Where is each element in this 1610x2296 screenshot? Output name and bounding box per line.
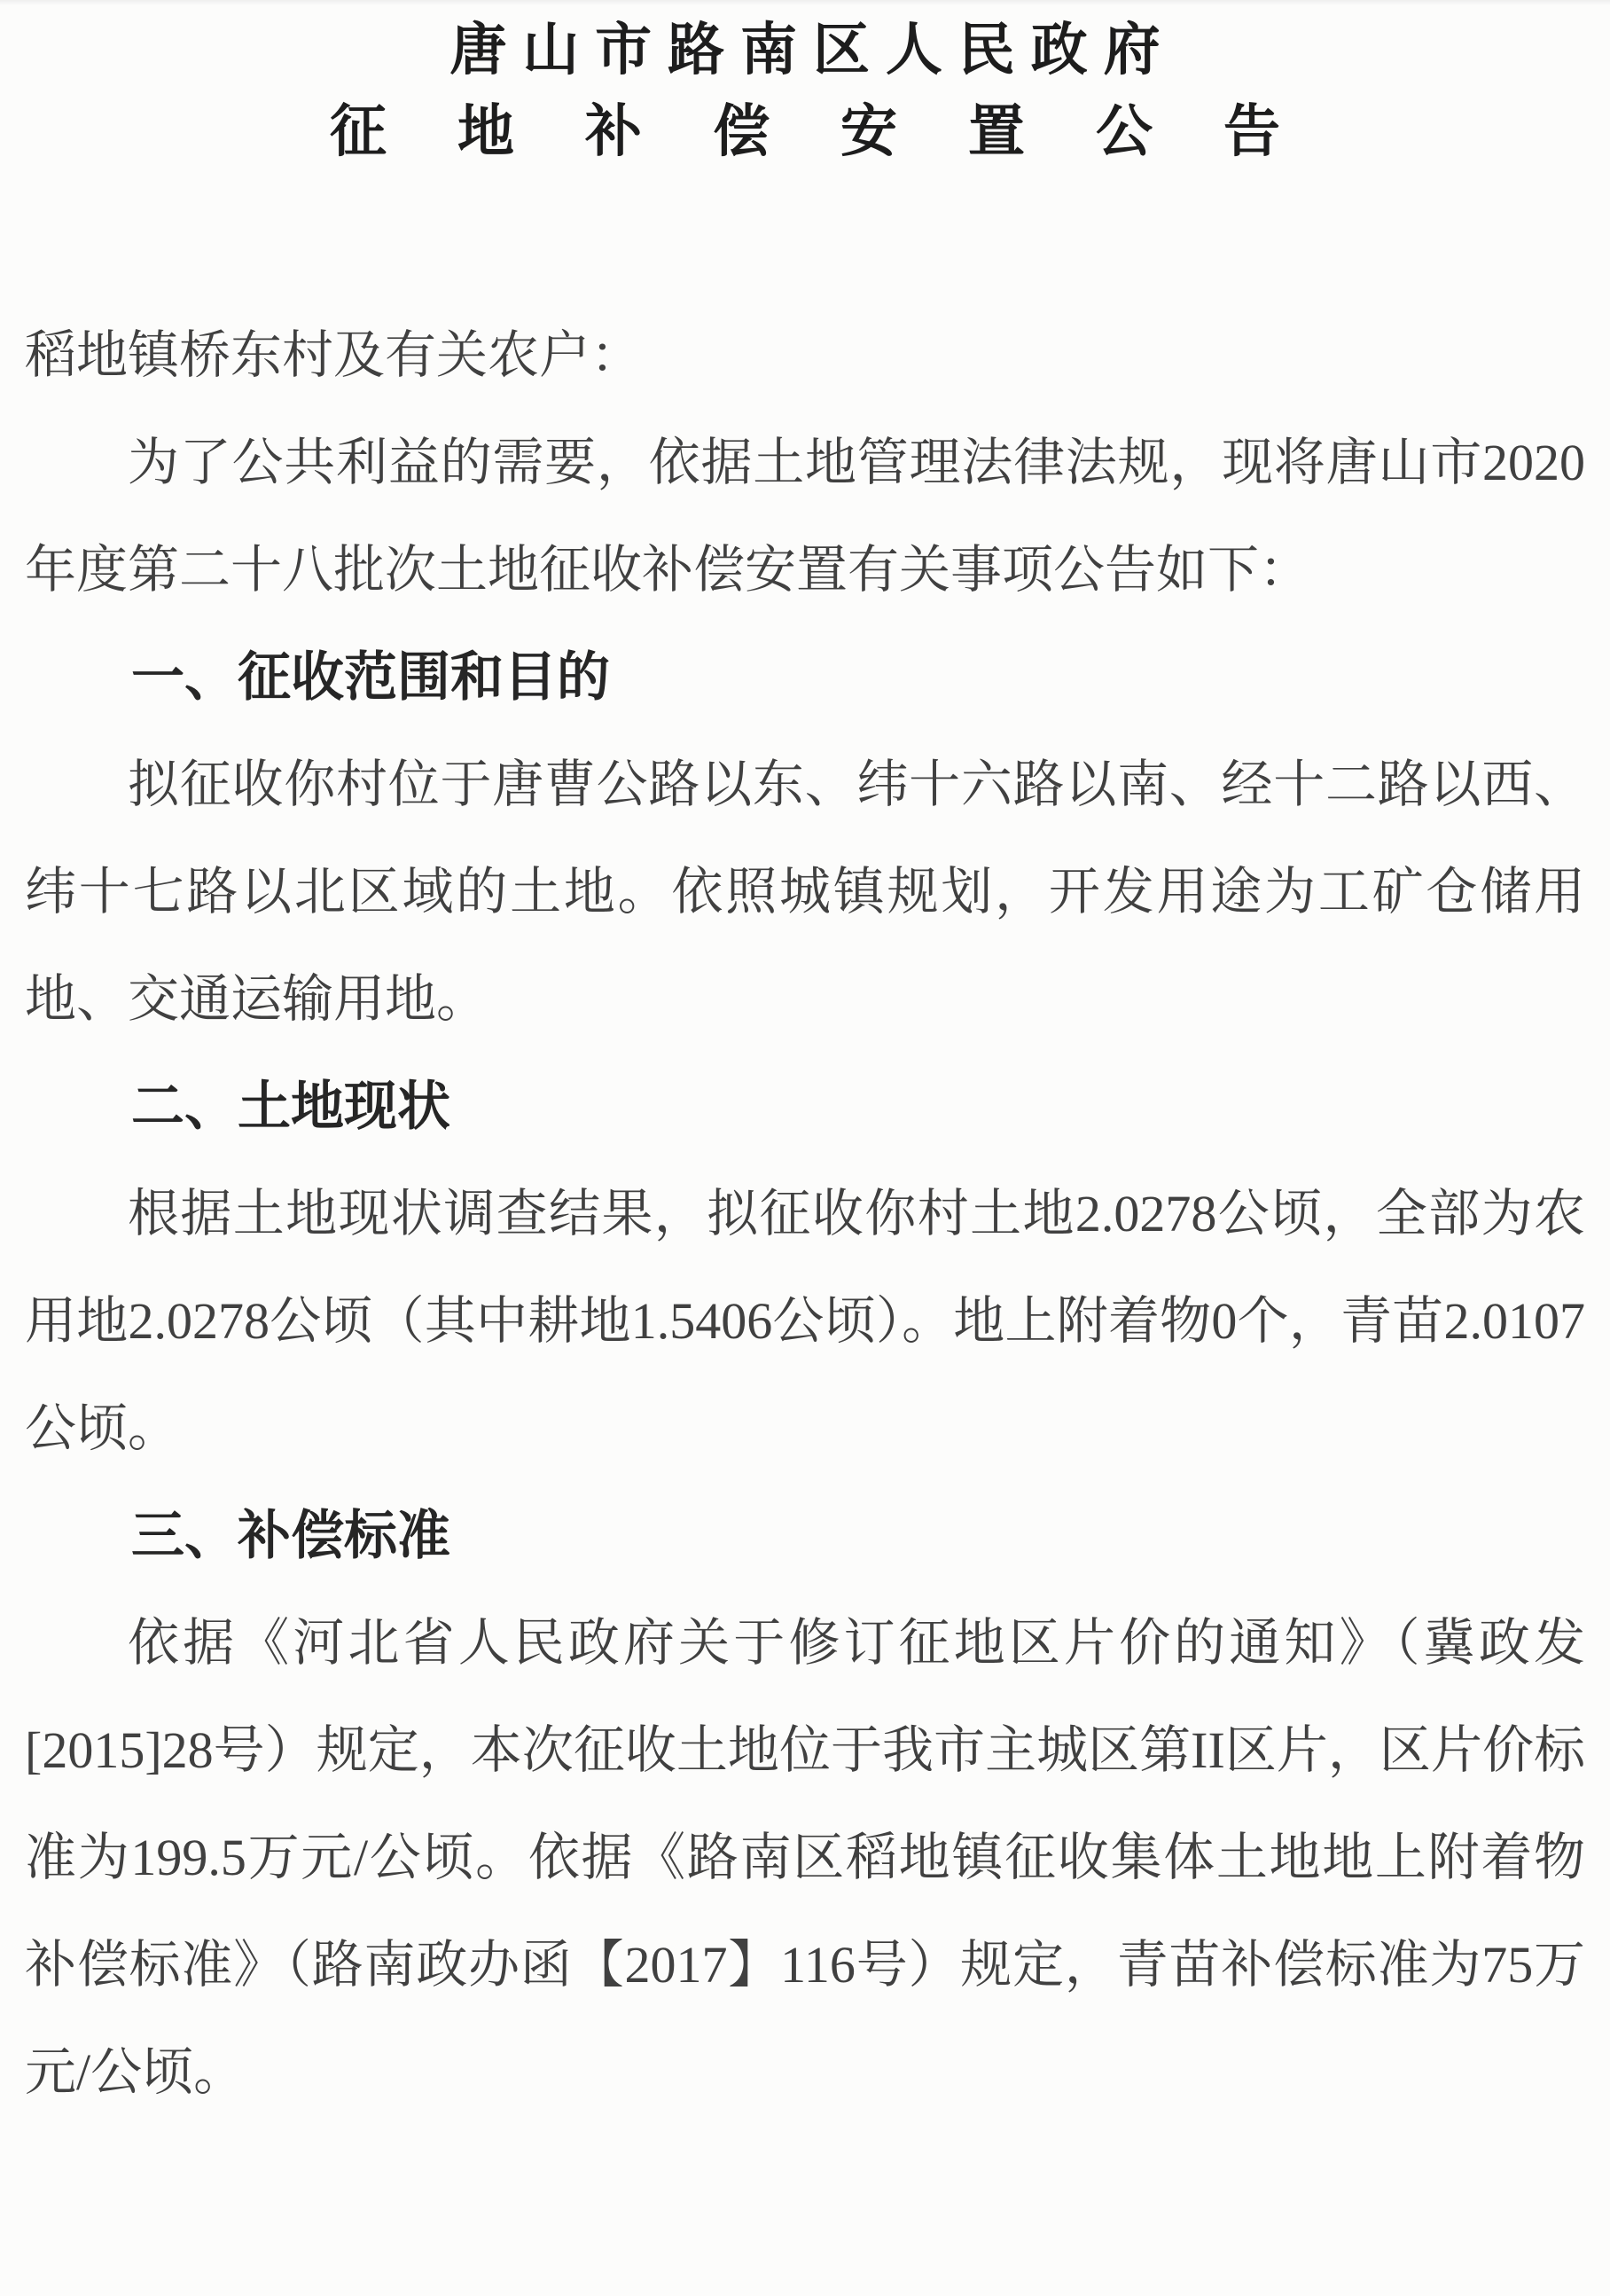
scan-edge-shading: [0, 0, 1610, 5]
section-1-paragraph: 拟征收你村位于唐曹公路以东、纬十六路以南、经十二路以西、纬十七路以北区域的土地。…: [25, 731, 1585, 1053]
section-3-heading: 三、补偿标准: [25, 1482, 1585, 1589]
document-body: 稻地镇桥东村及有关农户： 为了公共利益的需要，依据土地管理法律法规，现将唐山市2…: [25, 302, 1585, 2126]
section-1-heading: 一、征收范围和目的: [25, 623, 1585, 731]
section-2-heading: 二、土地现状: [25, 1053, 1585, 1160]
document-subtitle: 征地补偿安置公告: [25, 94, 1585, 170]
announcement-page: 唐山市路南区人民政府 征地补偿安置公告 稻地镇桥东村及有关农户： 为了公共利益的…: [0, 0, 1610, 2296]
intro-paragraph: 为了公共利益的需要，依据土地管理法律法规，现将唐山市2020年度第二十八批次土地…: [25, 409, 1585, 623]
section-3-paragraph: 依据《河北省人民政府关于修订征地区片价的通知》（冀政发[2015]28号）规定，…: [25, 1589, 1585, 2126]
document-title: 唐山市路南区人民政府: [25, 12, 1585, 89]
section-2-paragraph: 根据土地现状调查结果，拟征收你村土地2.0278公顷，全部为农用地2.0278公…: [25, 1160, 1585, 1482]
salutation-line: 稻地镇桥东村及有关农户：: [25, 302, 1585, 409]
